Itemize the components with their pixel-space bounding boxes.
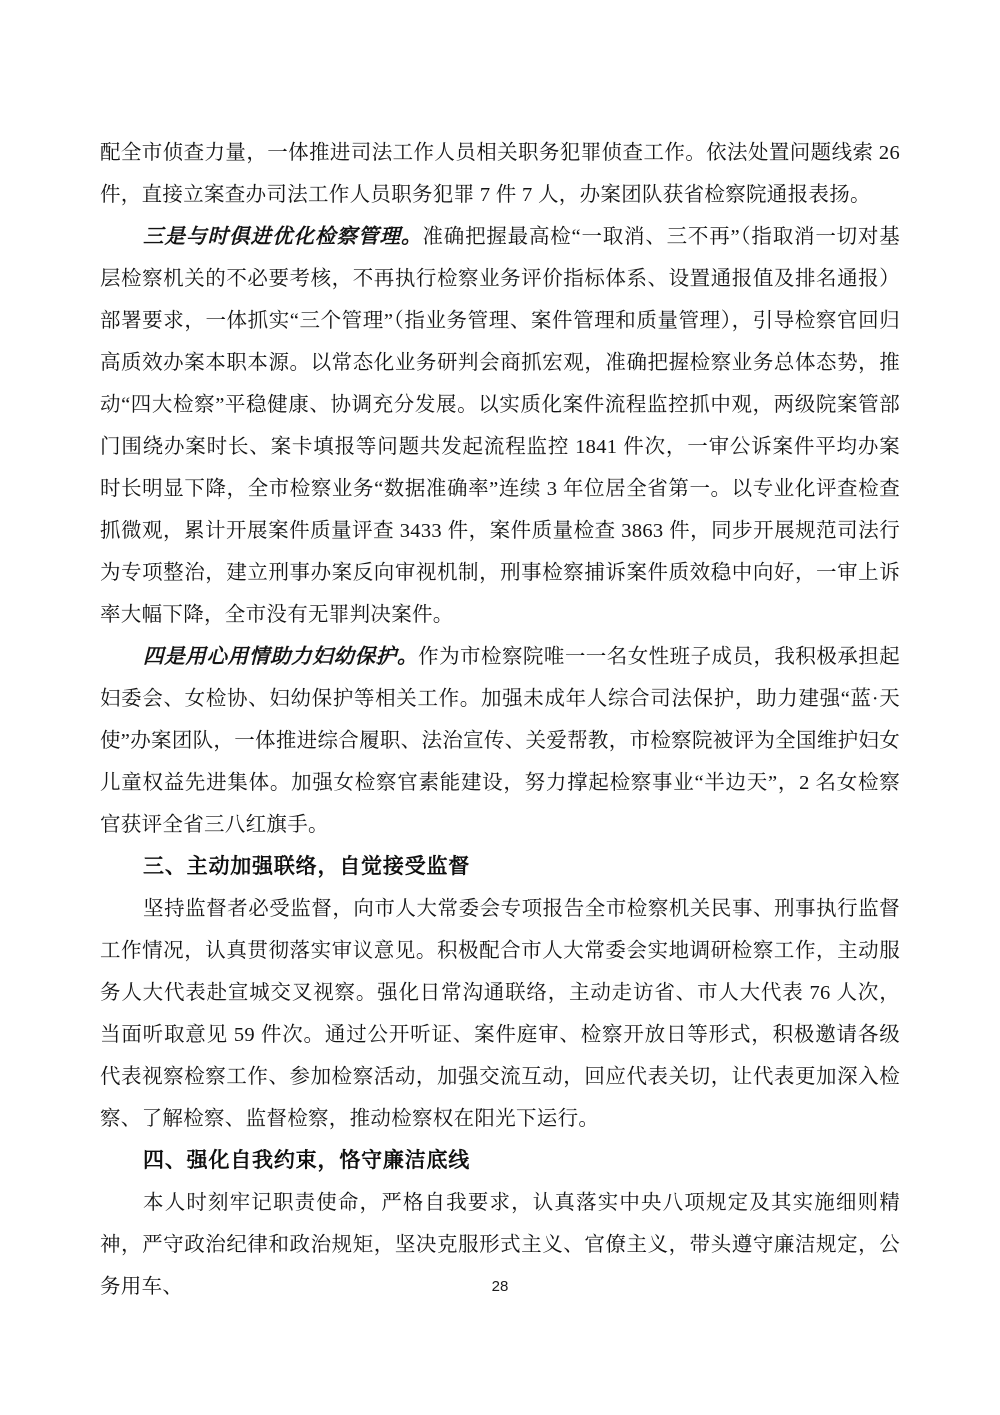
page-footer: 28 <box>0 1278 1000 1296</box>
page-number: 28 <box>492 1278 509 1295</box>
section-heading: 四、强化自我约束，恪守廉洁底线 <box>100 1140 900 1182</box>
document-page: 配全市侦查力量，一体推进司法工作人员相关职务犯罪侦查工作。依法处置问题线索 26… <box>0 0 1000 1415</box>
paragraph-lead: 四是用心用情助力妇幼保护。 <box>143 646 418 668</box>
paragraph-text: 作为市检察院唯一一名女性班子成员，我积极承担起妇委会、女检协、妇幼保护等相关工作… <box>100 646 900 836</box>
section-heading: 三、主动加强联络，自觉接受监督 <box>100 846 900 888</box>
document-content: 配全市侦查力量，一体推进司法工作人员相关职务犯罪侦查工作。依法处置问题线索 26… <box>100 132 900 1308</box>
paragraph-lead: 三是与时俱进优化检察管理。 <box>143 226 422 248</box>
paragraph: 坚持监督者必受监督，向市人大常委会专项报告全市检察机关民事、刑事执行监督工作情况… <box>100 888 900 1140</box>
paragraph: 三是与时俱进优化检察管理。准确把握最高检“一取消、三不再”（指取消一切对基层检察… <box>100 216 900 636</box>
paragraph: 配全市侦查力量，一体推进司法工作人员相关职务犯罪侦查工作。依法处置问题线索 26… <box>100 132 900 216</box>
paragraph-text: 准确把握最高检“一取消、三不再”（指取消一切对基层检察机关的不必要考核，不再执行… <box>100 226 900 626</box>
paragraph: 四是用心用情助力妇幼保护。作为市检察院唯一一名女性班子成员，我积极承担起妇委会、… <box>100 636 900 846</box>
